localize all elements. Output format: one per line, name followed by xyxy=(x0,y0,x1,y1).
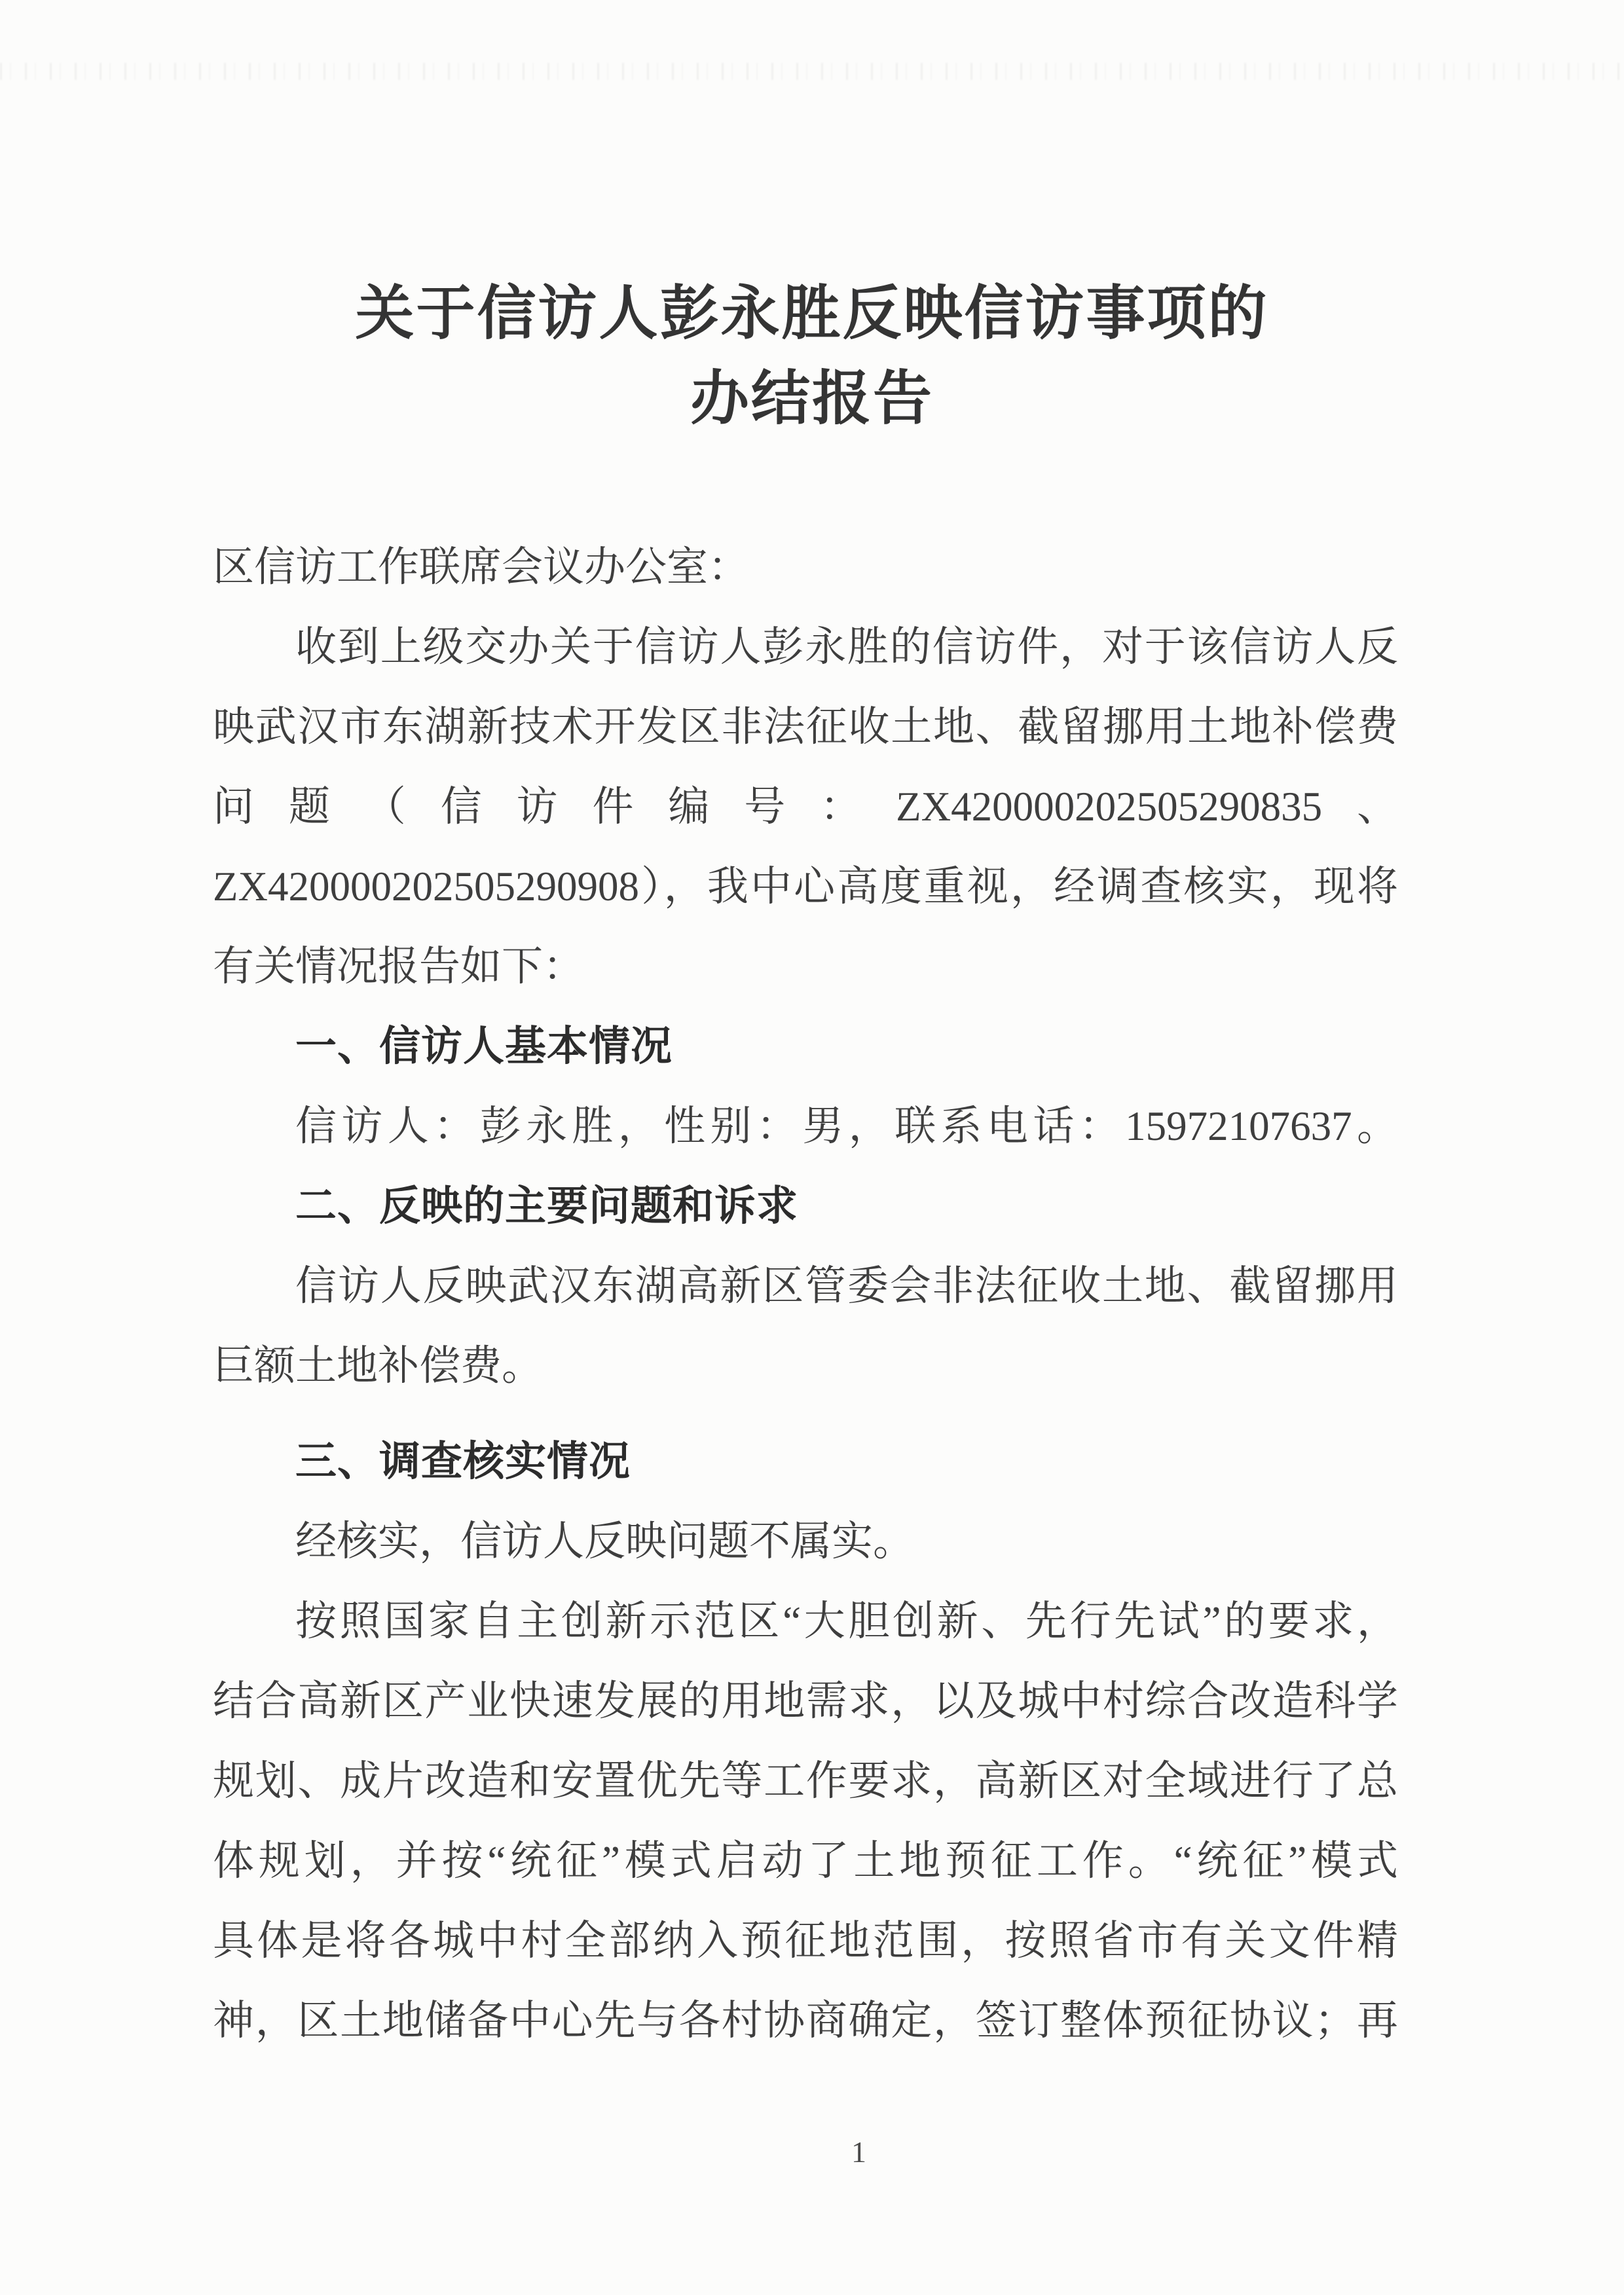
body-line: 映武汉市东湖新技术开发区非法征收土地、截留挪用土地补偿费 xyxy=(213,687,1398,767)
body-line: 信访人反映武汉东湖高新区管委会非法征收土地、截留挪用 xyxy=(213,1246,1398,1326)
body-line: 体规划，并按“统征”模式启动了土地预征工作。“统征”模式 xyxy=(213,1821,1398,1901)
body-line: 按照国家自主创新示范区“大胆创新、先行先试”的要求， xyxy=(213,1581,1398,1661)
body-line: 经核实，信访人反映问题不属实。 xyxy=(213,1501,1398,1581)
body-line: 神，区土地储备中心先与各村协商确定，签订整体预征协议；再 xyxy=(213,1981,1398,2061)
body-line: 收到上级交办关于信访人彭永胜的信访件，对于该信访人反 xyxy=(213,607,1398,687)
document-body: 区信访工作联席会议办公室： 收到上级交办关于信访人彭永胜的信访件，对于该信访人反… xyxy=(213,527,1398,2061)
section-heading-2: 二、反映的主要问题和诉求 xyxy=(213,1166,1398,1246)
section-heading-1: 一、信访人基本情况 xyxy=(213,1006,1398,1086)
body-line: 巨额土地补偿费。 xyxy=(213,1326,1398,1406)
salutation-line: 区信访工作联席会议办公室： xyxy=(213,527,1398,607)
title-line-2: 办结报告 xyxy=(0,357,1624,442)
body-line-case-number-2: ZX420000202505290908），我中心高度重视，经调查核实，现将 xyxy=(213,847,1398,927)
document-page: 关于信访人彭永胜反映信访事项的 办结报告 区信访工作联席会议办公室： 收到上级交… xyxy=(0,0,1624,2295)
title-line-1: 关于信访人彭永胜反映信访事项的 xyxy=(0,272,1624,357)
body-line: 有关情况报告如下： xyxy=(213,927,1398,1006)
body-line: 结合高新区产业快速发展的用地需求，以及城中村综合改造科学 xyxy=(213,1661,1398,1741)
body-line: 具体是将各城中村全部纳入预征地范围，按照省市有关文件精 xyxy=(213,1901,1398,1981)
scan-noise-band xyxy=(0,63,1624,80)
page-number: 1 xyxy=(851,2136,866,2169)
section-heading-3: 三、调查核实情况 xyxy=(213,1422,1398,1501)
body-line-petitioner-info: 信访人：彭永胜，性别：男，联系电话：15972107637。 xyxy=(213,1086,1398,1166)
body-line-case-number-1: 问题（信访件编号：ZX420000202505290835、 xyxy=(213,767,1398,847)
body-line: 规划、成片改造和安置优先等工作要求，高新区对全域进行了总 xyxy=(213,1741,1398,1821)
